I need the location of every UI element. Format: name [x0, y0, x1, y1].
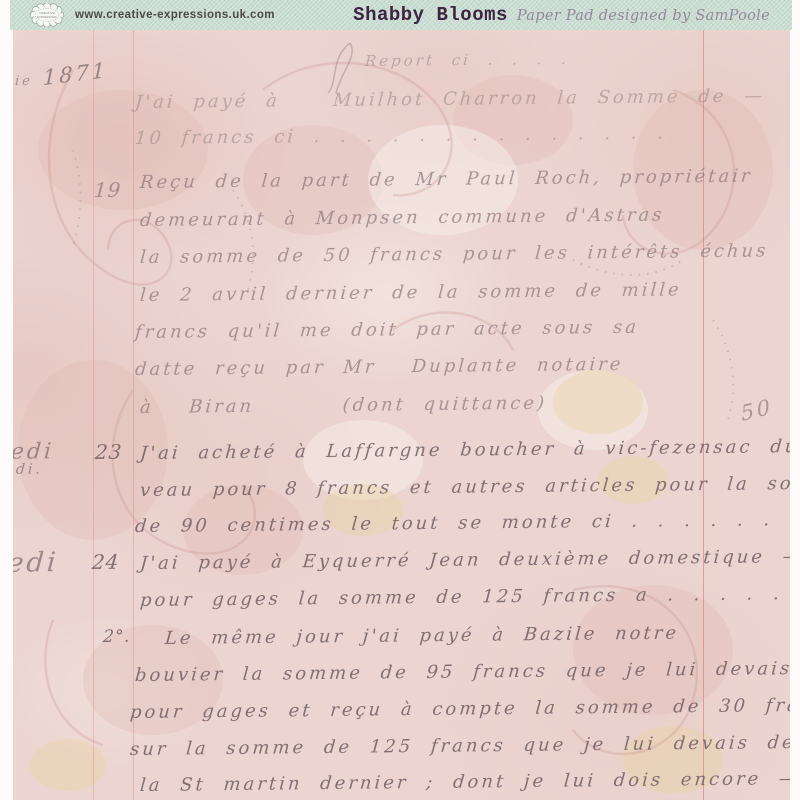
margin-number: 19: [93, 178, 122, 202]
margin-number: 24: [91, 550, 120, 574]
product-image: CREATIVE EXPRESSIONS www.creative-expres…: [0, 0, 800, 800]
margin-day-fragment: redi.: [13, 461, 43, 478]
brand-stamp-logo: CREATIVE EXPRESSIONS: [28, 3, 66, 27]
logo-text-line2: EXPRESSIONS: [37, 15, 57, 19]
product-subtitle: Paper Pad designed by SamPoole: [517, 8, 770, 24]
margin-rule-left-1: [93, 30, 94, 800]
logo-text-line1: CREATIVE: [39, 11, 54, 15]
ledger-line: Report ci . . . .: [364, 50, 570, 70]
website-url: www.creative-expressions.uk.com: [75, 9, 275, 21]
margin-rule-right: [703, 30, 704, 800]
margin-number: 2°.: [102, 627, 131, 647]
product-title: Shabby Blooms: [353, 4, 508, 26]
ledger-line: à Biran (dont quittance): [139, 393, 548, 418]
paper-sheet: ie 1871 medi redi. medi 19 23 24 2°. 50 …: [13, 30, 790, 800]
header-banner: CREATIVE EXPRESSIONS www.creative-expres…: [10, 0, 792, 30]
margin-number: 23: [94, 440, 123, 464]
margin-word-fragment: ie: [14, 74, 33, 89]
margin-day-fragment: medi: [13, 547, 60, 579]
title-group: Shabby Blooms Paper Pad designed by SamP…: [353, 4, 792, 26]
